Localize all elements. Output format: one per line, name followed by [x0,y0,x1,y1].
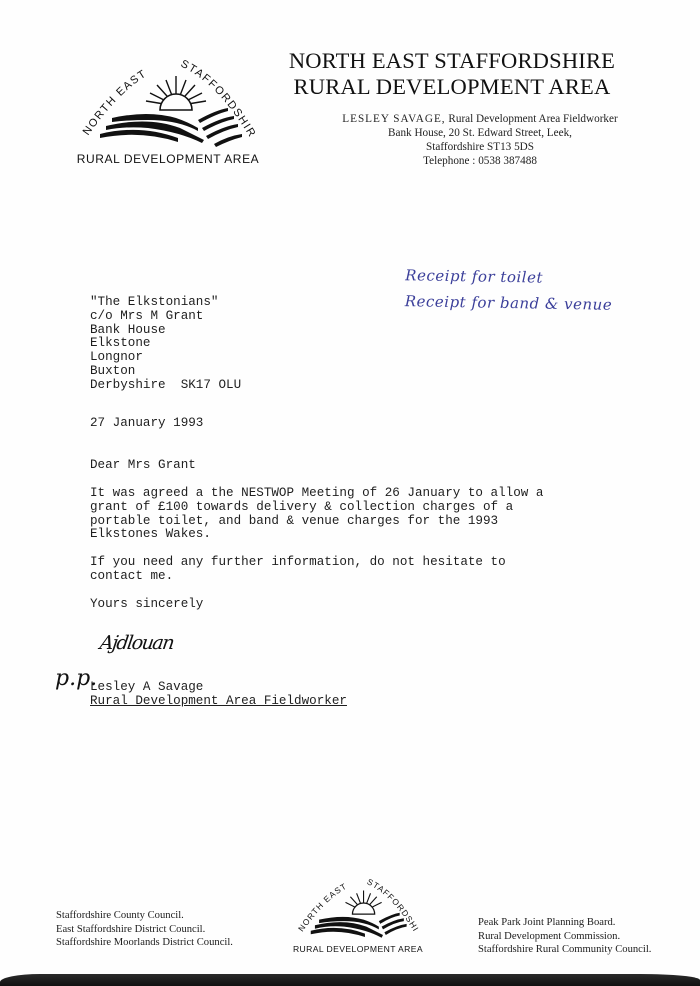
footer-logo: NORTH EAST STAFFORDSHIRE RURAL DEVELOPME… [288,878,428,954]
address-line: Bank House [90,324,241,338]
signer-title: Rural Development Area Fieldworker [90,695,347,709]
note-line-2: Receipt for band & venue [405,288,613,318]
handwritten-signature: Ajdlouan [98,632,174,654]
note-line-1: Receipt for toilet [405,262,613,292]
contact-address-2: Staffordshire ST13 5DS [290,140,670,154]
address-line: c/o Mrs M Grant [90,310,241,324]
address-line: Elkstone [90,337,241,351]
contact-role: Rural Development Area Fieldworker [448,113,617,125]
contact-name-role: LESLEY SAVAGE, Rural Development Area Fi… [290,112,670,126]
contact-telephone: Telephone : 0538 387488 [290,154,670,168]
title-line-1: NORTH EAST STAFFORDSHIRE [272,48,632,74]
signer-block: Lesley A Savage Rural Development Area F… [90,681,347,709]
recipient-address: "The Elkstonians" c/o Mrs M Grant Bank H… [90,296,241,393]
scan-edge-shadow [0,974,700,986]
closing: Yours sincerely [90,598,203,612]
contact-address-1: Bank House, 20 St. Edward Street, Leek, [290,126,670,140]
address-line: Longnor [90,351,241,365]
sunrise-over-hills-icon: NORTH EAST STAFFORDSHIRE [68,58,268,153]
organisation-title: NORTH EAST STAFFORDSHIRE RURAL DEVELOPME… [272,48,632,100]
handwritten-note: Receipt for toilet Receipt for band & ve… [405,262,613,318]
body-line: portable toilet, and band & venue charge… [90,515,610,529]
contact-block: LESLEY SAVAGE, Rural Development Area Fi… [290,112,670,168]
body-line: It was agreed a the NESTWOP Meeting of 2… [90,487,610,501]
letterhead-logo: NORTH EAST STAFFORDSHIRE RURAL DEVELOPME… [68,58,268,166]
partner-name: Peak Park Joint Planning Board. [478,916,651,930]
body-line: grant of £100 towards delivery & collect… [90,501,610,515]
body-paragraph-2: If you need any further information, do … [90,556,610,584]
address-line: "The Elkstonians" [90,296,241,310]
letter-date: 27 January 1993 [90,417,203,431]
partner-name: East Staffordshire District Council. [56,923,233,937]
partner-name: Staffordshire Moorlands District Council… [56,936,233,950]
salutation: Dear Mrs Grant [90,459,196,473]
footer-partners-left: Staffordshire County Council. East Staff… [56,909,233,950]
contact-name: LESLEY SAVAGE, [342,113,445,125]
body-line: Elkstones Wakes. [90,528,610,542]
title-line-2: RURAL DEVELOPMENT AREA [272,74,632,100]
partner-name: Staffordshire County Council. [56,909,233,923]
signer-name: Lesley A Savage [90,681,347,695]
partner-name: Rural Development Commission. [478,930,651,944]
address-line: Buxton [90,365,241,379]
body-paragraph-1: It was agreed a the NESTWOP Meeting of 2… [90,487,610,542]
footer-logo-caption: RURAL DEVELOPMENT AREA [288,944,428,954]
partner-name: Staffordshire Rural Community Council. [478,943,651,957]
body-line: If you need any further information, do … [90,556,610,570]
logo-caption: RURAL DEVELOPMENT AREA [68,152,268,166]
footer-partners-right: Peak Park Joint Planning Board. Rural De… [478,916,651,957]
sunrise-over-hills-icon: NORTH EAST STAFFORDSHIRE [288,878,428,944]
body-line: contact me. [90,570,610,584]
address-line: Derbyshire SK17 OLU [90,379,241,393]
